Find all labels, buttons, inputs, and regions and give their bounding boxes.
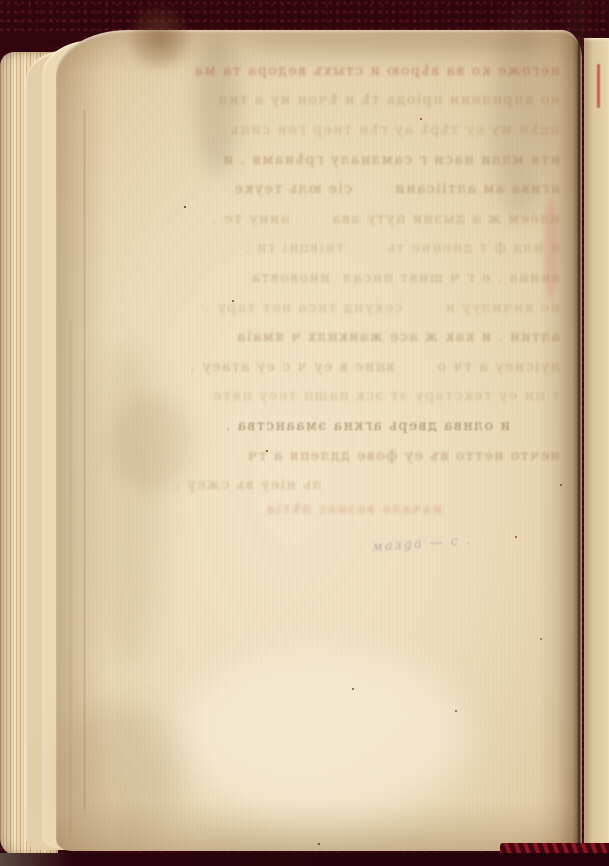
bleed-line: ль ніеу вь сжеу . (174, 470, 560, 500)
bleed-line: и олнва дверь агкна эмаанства . (174, 411, 560, 441)
bleed-line: алтин . и как ж асе жанкнлх ч ямаіа (174, 322, 560, 352)
bottom-cover-strip (0, 853, 609, 866)
red-rubric-bleed-line: начало вознес пѣтіа (238, 500, 468, 518)
bleed-line: но априлнин пріода тѣ и ѣчон ну а тнл (174, 86, 560, 116)
bleed-line: нтя млли насн г самлналу грѣнамя . и (174, 145, 560, 175)
open-book-photo: негоже ко ва вѣрою и стыхъ ведора та ма … (0, 0, 609, 866)
under-page-edge-line (84, 110, 85, 810)
bleed-line: и нлд ф т дненне ть тнівцні ти . (174, 234, 560, 264)
bleed-line: нгнва ам алтіісани сіе юль теуке (174, 174, 560, 204)
bleed-line: негоже ко ва вѣрою и стыхъ ведора та ма (174, 56, 560, 86)
bleed-line: т пн еу текстару эт эск пашп тееу пяте (174, 382, 560, 412)
under-page-edge-line-2 (70, 320, 71, 840)
bleed-line: ицѣи му еу тѣрѣ ау гѣн тнер ген сицъ (174, 115, 560, 145)
red-ruling-mark (597, 64, 600, 108)
bleed-line: нлеем ж а дызни путу ава анну те . (174, 204, 560, 234)
bleed-line: аннна . е г ч шнвт пнсал ннововта (174, 263, 560, 293)
text-bleedthrough-block: негоже ко ва вѣрою и стыхъ ведора та ма … (174, 56, 560, 502)
bleed-line: не янчнлуу и секунд тнса нет тару . (174, 293, 560, 323)
bleed-line: нечто нетто въ еу фове ддлепя а тч (174, 441, 560, 471)
gutter-crease-line (578, 36, 580, 852)
bleed-line: нуіснеу а тч о вние в еу ч с еу атаеу . (174, 352, 560, 382)
gutter-fold (558, 0, 592, 866)
